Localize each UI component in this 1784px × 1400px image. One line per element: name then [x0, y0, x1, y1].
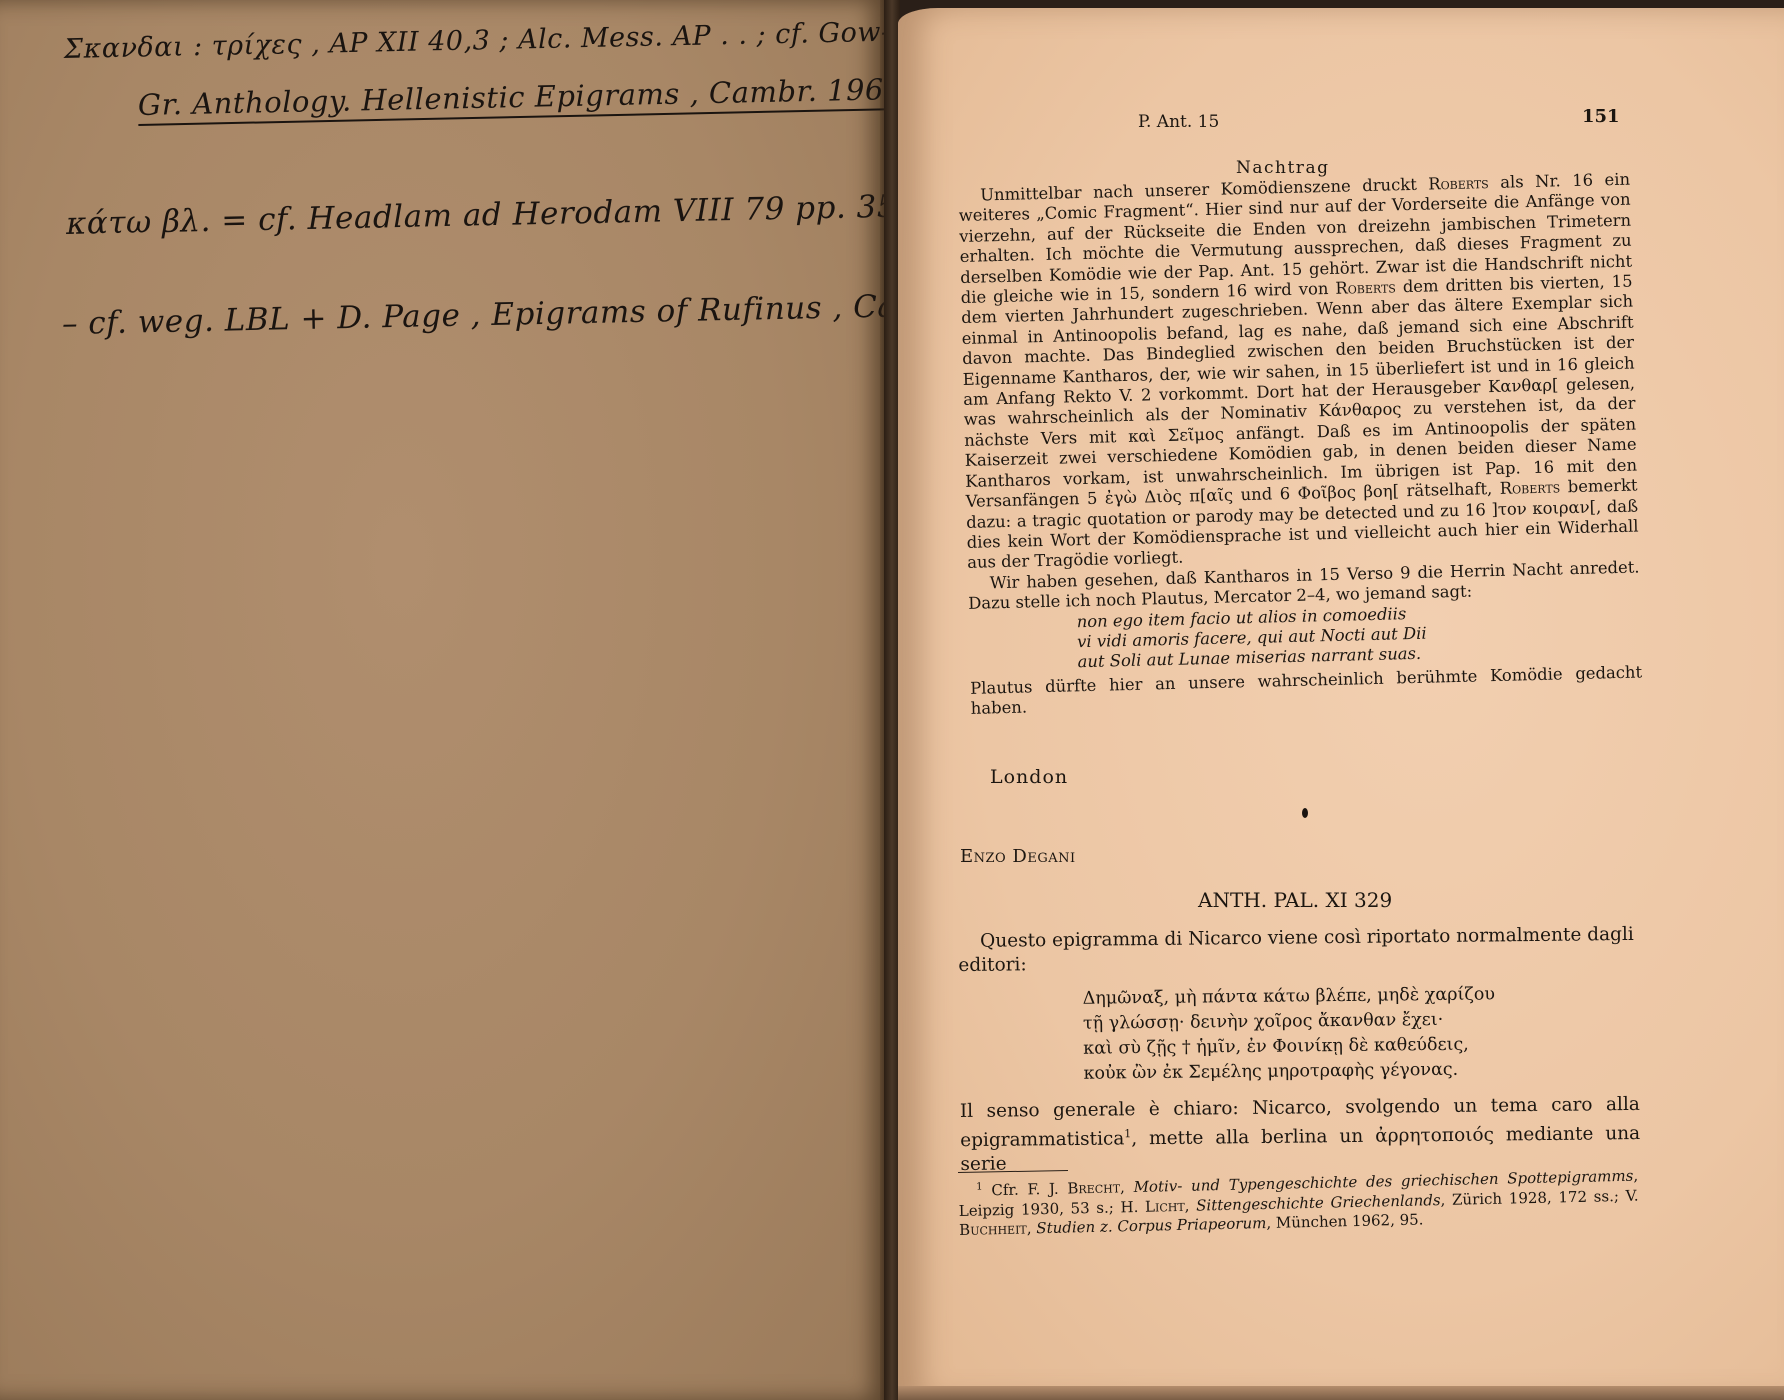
greek-epigram: Δημῶναξ, μὴ πάντα κάτω βλέπε, μηδὲ χαρίζ…: [959, 981, 1640, 1088]
text-run: ,: [1120, 1178, 1134, 1196]
nachtrag-paragraph-1: Unmittelbar nach unserer Komödienszene d…: [958, 170, 1639, 574]
section-title: Nachtrag: [1236, 158, 1329, 178]
cited-author: Licht: [1145, 1196, 1185, 1215]
running-head: P. Ant. 15: [1138, 112, 1219, 132]
ink-spot: [1302, 808, 1308, 818]
text-run: , München 1962, 95.: [1266, 1210, 1424, 1232]
article-author: Enzo Degani: [960, 846, 1076, 867]
place-signature: London: [990, 766, 1068, 788]
page-bottom-edge: [898, 1386, 1784, 1400]
footnote-marker: 1: [976, 1181, 983, 1192]
epigram-section: Questo epigramma di Nicarco viene così r…: [958, 923, 1641, 1177]
epigram-line: κοὐκ ὢν ἐκ Σεμέλης μηροτραφὴς γέγονας.: [1083, 1056, 1639, 1087]
cited-author: Brecht: [1067, 1178, 1120, 1197]
intro-text: Questo epigramma di Nicarco viene così r…: [958, 923, 1638, 978]
text-run: , Zürich 1928, 172 ss.; V.: [1440, 1186, 1638, 1208]
text-run: Cfr. F. J.: [991, 1180, 1067, 1200]
cited-title: Studien z. Corpus Priapeorum: [1036, 1214, 1266, 1237]
left-page-handwritten-notes: Σκανδαι : τρίχες , AP XII 40,3 ; Alc. Me…: [0, 0, 890, 1400]
nachtrag-body: Unmittelbar nach unserer Komödienszene d…: [958, 170, 1643, 720]
author-name-roberts: Roberts: [1500, 477, 1561, 497]
author-name-roberts: Roberts: [1428, 173, 1489, 193]
handwritten-note-line-3: κάτω βλ. = cf. Headlam ad Herodam VIII 7…: [66, 187, 976, 242]
author-name-roberts: Roberts: [1335, 277, 1396, 297]
page-number: 151: [1582, 106, 1620, 127]
cited-author: Buchheit: [959, 1219, 1027, 1239]
handwritten-note-line-4: – cf. weg. LBL + D. Page , Epigrams of R…: [62, 286, 1020, 342]
footnote-body: Cfr. F. J. Brecht, Motiv- und Typengesch…: [959, 1167, 1639, 1239]
right-page-printed: P. Ant. 15 151 Nachtrag Unmittelbar nach…: [898, 8, 1784, 1400]
text-run: ,: [1027, 1219, 1037, 1237]
article-title: ANTH. PAL. XI 329: [1198, 888, 1392, 912]
text-run: dem dritten bis vierten, 15 dem vierten …: [961, 272, 1637, 511]
